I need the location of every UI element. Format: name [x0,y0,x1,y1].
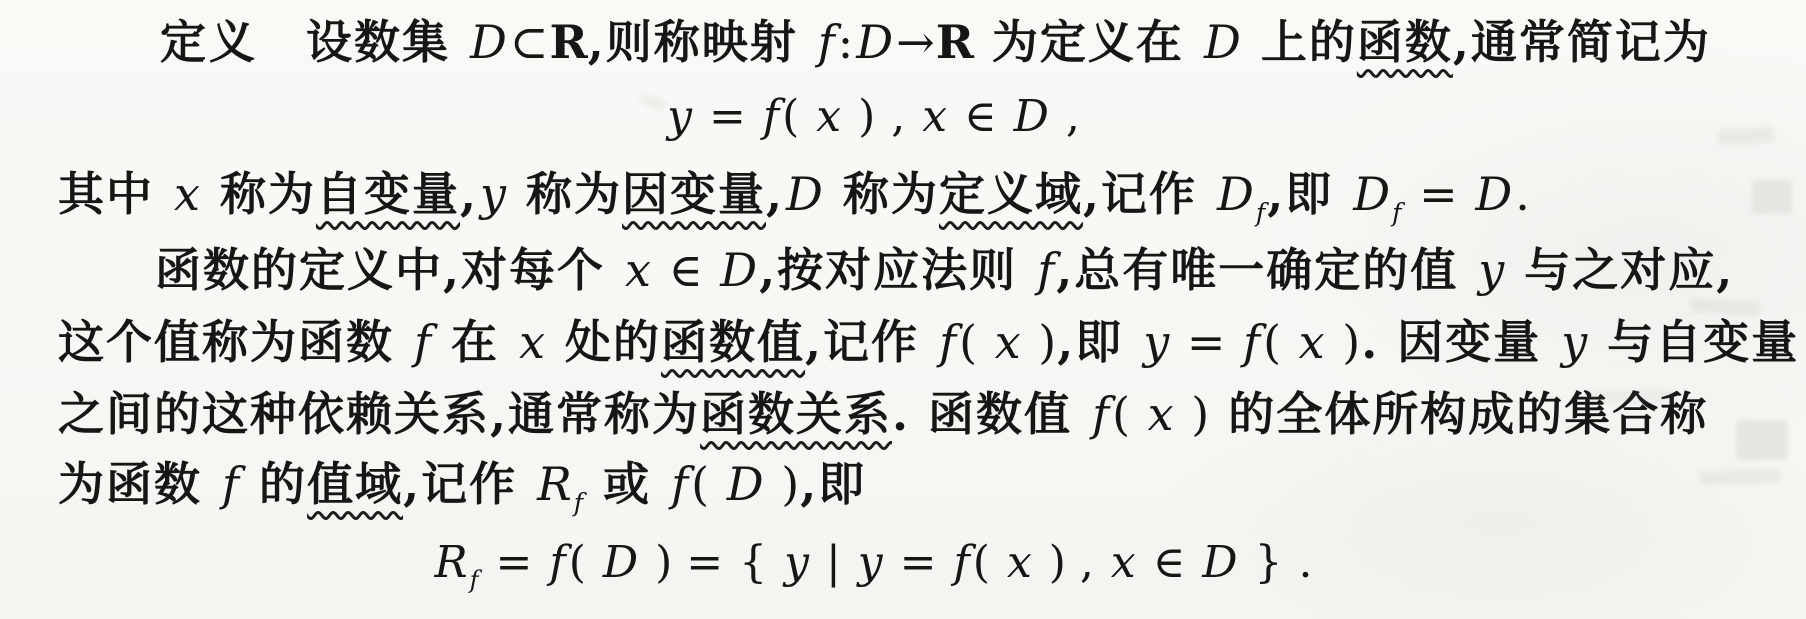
text-segment: ( [568,537,601,588]
text-segment: ∈ [653,243,718,297]
bleed-through-artifact [1700,469,1780,486]
text-segment: R [549,15,587,69]
text-segment: f [816,15,837,69]
definition-line-2: 其中 x 称为自变量,y 称为因变量,D 称为定义域,记作 Df,即 Df = … [58,168,1531,227]
text-segment: f [1241,315,1262,369]
text-segment: ) [766,457,801,511]
text-segment: → [895,15,936,69]
bleed-through-artifact [1690,298,1761,316]
text-segment: f [1392,198,1401,227]
text-segment: = [1404,167,1474,221]
text-segment: f [937,315,958,369]
text-segment: ) [1023,315,1058,369]
text-segment: ,则称映射 [588,15,816,69]
text-segment: ,即 [1057,315,1141,369]
text-segment: } [1240,537,1284,588]
text-segment: R [432,537,469,588]
text-segment: 称为 [508,167,622,221]
text-segment: ( [1111,387,1146,441]
text-segment: 设数集 [258,15,468,69]
text-segment: ∈ [1138,537,1201,588]
text-segment: D [1202,15,1243,69]
text-segment: : [837,15,855,69]
text-segment: 与自变量 [1589,315,1806,369]
text-segment: ) , [1034,537,1109,588]
text-segment: x [1005,537,1034,588]
text-segment: ,记作 [403,457,535,511]
text-segment: ,即 [800,457,866,511]
text-segment: ,记作 [805,315,937,369]
text-segment: y [478,167,508,221]
text-segment: 值域 [307,457,403,511]
text-segment: , [1051,91,1081,142]
text-segment: ) [1176,387,1211,441]
text-segment: 函数 [1357,15,1453,69]
text-segment: , [766,167,784,221]
text-segment: = [481,537,548,588]
text-segment: ⊂ [509,15,550,69]
text-segment: 之间的这种依赖关系,通常称为 [58,387,700,441]
display-formula-y-equals-fx: y = f( x ) , x ∈ D , [0,92,1746,143]
text-segment: ( [972,537,1005,588]
text-segment: ( [690,457,725,511]
text-segment: 为定义在 [974,15,1202,69]
text-segment: x [920,91,949,142]
text-segment: x [623,243,653,297]
text-segment: D [1012,91,1051,142]
text-segment: f [1035,243,1056,297]
text-segment: x [1297,315,1327,369]
text-segment: D [1351,167,1392,221]
text-segment: 自变量 [316,167,460,221]
text-segment: y [856,537,885,588]
text-segment: y [1141,315,1171,369]
text-segment: D [468,15,509,69]
text-segment: R [936,15,974,69]
text-segment: f [220,457,241,511]
text-segment: 定义域 [939,167,1083,221]
display-formula-range-set: Rf = f( D ) = { y | y = f( x ) , x ∈ D }… [0,538,1746,595]
text-segment: D [1200,537,1239,588]
text-segment: . 因变量 [1361,315,1559,369]
text-segment: f [761,91,781,142]
text-segment: f [1090,387,1111,441]
text-segment: 其中 [58,167,172,221]
text-segment: y [1559,315,1589,369]
text-segment: x [1146,387,1176,441]
text-segment: ( [781,91,814,142]
text-segment: D [1215,167,1256,221]
text-segment: D [601,537,640,588]
text-segment: 函数的定义中,对每个 [155,243,623,297]
text-segment: D [854,15,895,69]
text-segment: { [738,537,782,588]
scanned-textbook-page: 定义 设数集 D⊂R,则称映射 f:D→R 为定义在 D 上的函数,通常简记为 … [0,0,1806,619]
text-segment: f [470,566,479,594]
text-segment: ( [1262,315,1297,369]
text-segment: x [814,91,843,142]
text-segment: ∈ [949,91,1012,142]
text-segment: ,按对应法则 [759,243,1035,297]
bleed-through-artifact [1736,420,1788,460]
text-segment: 因变量 [622,167,766,221]
text-segment: f [1256,198,1265,227]
text-segment: 与之对应, [1506,243,1734,297]
text-segment: x [172,167,202,221]
text-segment: 函数值 [661,315,805,369]
text-segment: 的 [241,457,307,511]
text-segment: . [1284,537,1314,588]
body-line-1: 函数的定义中,对每个 x ∈ D,按对应法则 f,总有唯一确定的值 y 与之对应… [155,244,1734,297]
text-segment: y [782,537,811,588]
text-segment: 为函数 [58,457,220,511]
bleed-through-artifact [1586,390,1676,402]
text-segment: f [951,537,971,588]
text-segment: | [811,537,856,588]
text-segment: 处的 [547,315,661,369]
text-segment: 在 [433,315,517,369]
text-segment: x [517,315,547,369]
body-line-4: 为函数 f 的值域,记作 Rf 或 f( D ),即 [58,458,866,517]
text-segment: ) [843,91,876,142]
bleed-through-artifact [1752,180,1792,214]
text-segment: x [993,315,1023,369]
text-segment: 函数关系 [700,387,892,441]
text-segment: = [694,91,761,142]
text-segment: ( [958,315,993,369]
text-segment: 或 [585,457,669,511]
bleed-through-artifact [1718,126,1775,146]
body-line-3: 之间的这种依赖关系,通常称为函数关系. 函数值 f( x ) 的全体所构成的集合… [58,388,1708,441]
body-line-2: 这个值称为函数 f 在 x 处的函数值,记作 f( x ),即 y = f( x… [58,316,1806,369]
text-segment: 上的 [1243,15,1357,69]
definition-line-1: 定义 设数集 D⊂R,则称映射 f:D→R 为定义在 D 上的函数,通常简记为 [160,16,1711,69]
text-segment: f [547,537,567,588]
text-segment: . [1514,167,1531,221]
text-segment: f [574,488,583,517]
text-segment: ,记作 [1083,167,1215,221]
text-segment: D [725,457,766,511]
text-segment: ) [1327,315,1362,369]
text-segment: 定义 [160,15,258,69]
text-segment: D [1473,167,1514,221]
text-segment: = [1171,315,1241,369]
text-segment: = [885,537,952,588]
text-segment: D [718,243,759,297]
text-segment: R [535,457,574,511]
text-segment: ,即 [1267,167,1351,221]
text-segment: ,总有唯一确定的值 [1056,243,1476,297]
text-segment: ) = [640,537,738,588]
text-segment: y [665,91,694,142]
text-segment: 称为 [825,167,939,221]
text-segment: , [876,91,920,142]
text-segment: . 函数值 [892,387,1090,441]
text-segment: 这个值称为函数 [58,315,412,369]
text-segment: ,通常简记为 [1453,15,1711,69]
text-segment: D [784,167,825,221]
text-segment: x [1109,537,1138,588]
text-segment: f [669,457,690,511]
text-segment: 称为 [202,167,316,221]
text-segment: , [460,167,478,221]
text-segment: f [412,315,433,369]
text-segment: y [1476,243,1506,297]
